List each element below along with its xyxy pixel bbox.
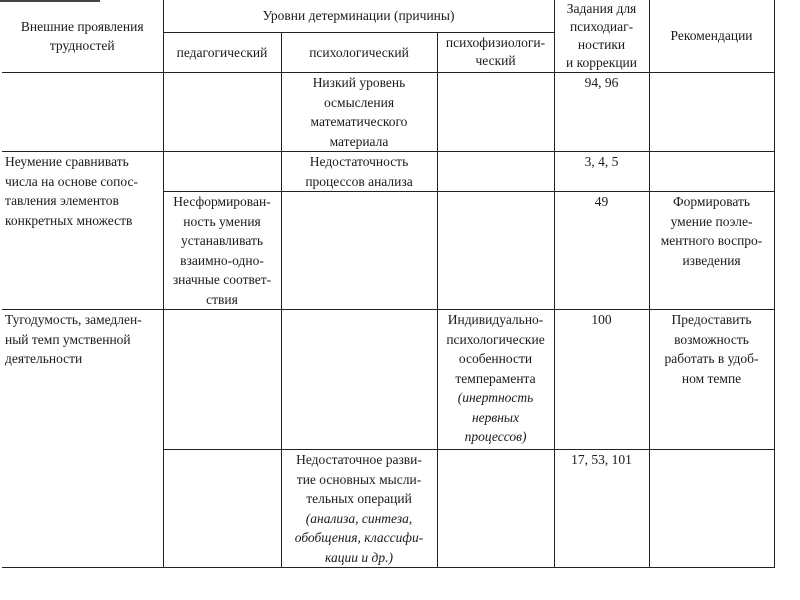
cell-psychological bbox=[281, 310, 437, 450]
cell-tasks: 49 bbox=[554, 192, 649, 310]
cell-tasks: 100 bbox=[554, 310, 649, 450]
header-external-manifestations: Внешние проявления трудностей bbox=[2, 0, 163, 73]
cell-external: Неумение сравнивать числа на основе сопо… bbox=[2, 152, 163, 310]
cell-pedagogical bbox=[163, 152, 281, 192]
cell-recommendations bbox=[649, 73, 774, 152]
cell-recommendations: Формировать умение поэле- ментного воспр… bbox=[649, 192, 774, 310]
cell-tasks: 3, 4, 5 bbox=[554, 152, 649, 192]
cell-psychophysiological: Индивидуально- психологические особеннос… bbox=[437, 310, 554, 450]
cell-recommendations: Предоставить возможность работать в удоб… bbox=[649, 310, 774, 450]
header-level-pedagogical: педагогический bbox=[163, 32, 281, 72]
cell-psychological bbox=[281, 192, 437, 310]
cell-psychophysiological bbox=[437, 152, 554, 192]
difficulties-table: Внешние проявления трудностей Уровни дет… bbox=[2, 0, 775, 568]
cell-pedagogical: Несформирован- ность умения устанавливат… bbox=[163, 192, 281, 310]
header-level-psychological: психологический bbox=[281, 32, 437, 72]
table-row: Неумение сравнивать числа на основе сопо… bbox=[2, 152, 774, 192]
cell-pedagogical bbox=[163, 73, 281, 152]
header-levels-group: Уровни детерминации (причины) bbox=[163, 0, 554, 32]
cell-psychophysiological bbox=[437, 73, 554, 152]
cell-psychophysiological bbox=[437, 192, 554, 310]
cell-recommendations bbox=[649, 152, 774, 192]
table-row: Тугодумость, замедлен- ный темп умственн… bbox=[2, 310, 774, 450]
cell-external bbox=[2, 73, 163, 152]
cell-psychological: Низкий уровень осмысления математическог… bbox=[281, 73, 437, 152]
header-row-1: Внешние проявления трудностей Уровни дет… bbox=[2, 0, 774, 32]
header-recommendations: Рекомендации bbox=[649, 0, 774, 73]
cell-psychophysiological bbox=[437, 450, 554, 568]
cell-tasks: 94, 96 bbox=[554, 73, 649, 152]
cell-pedagogical bbox=[163, 450, 281, 568]
header-level-psychophysiological: психофизиологи- ческий bbox=[437, 32, 554, 72]
table-row: Низкий уровень осмысления математическог… bbox=[2, 73, 774, 152]
header-tasks: Задания для психодиаг- ностики и коррекц… bbox=[554, 0, 649, 73]
cell-psychological: Недостаточное разви- тие основных мысли-… bbox=[281, 450, 437, 568]
cell-psychological: Недостаточность процессов анализа bbox=[281, 152, 437, 192]
cell-recommendations bbox=[649, 450, 774, 568]
scanned-page: Внешние проявления трудностей Уровни дет… bbox=[0, 0, 800, 600]
cell-pedagogical bbox=[163, 310, 281, 450]
cell-external: Тугодумость, замедлен- ный темп умственн… bbox=[2, 310, 163, 568]
cell-tasks: 17, 53, 101 bbox=[554, 450, 649, 568]
